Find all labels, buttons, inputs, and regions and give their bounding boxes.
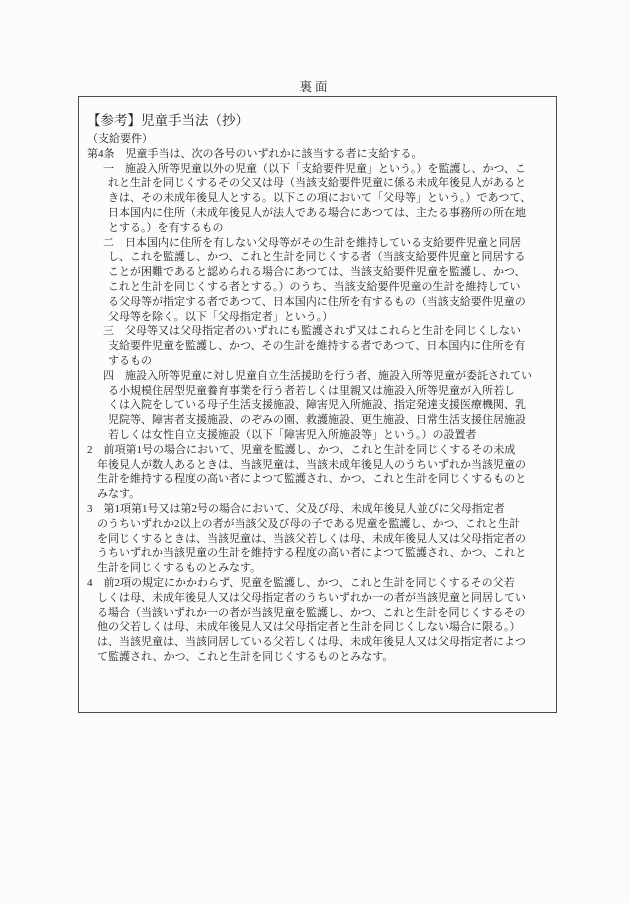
law-reference-box: 【参考】児童手当法（抄） （支給要件） 第4条 児童手当は、次の各号のいずれかに… (78, 96, 557, 713)
text-line: 支給要件児童を監護し、かつ、その生計を維持する者であつて、日本国内に住所を有 (108, 339, 548, 354)
text-line: る場合（当該いずれか一の者が当該児童を監護し、かつ、これと生計を同じくするその (97, 606, 548, 621)
text-line: 三 父母等又は父母指定者のいずれにも監護されず又はこれらと生計を同じくしない (103, 324, 548, 339)
text-line: を同じくするときは、当該児童は、当該父若しくは母、未成年後見人又は父母指定者の (97, 532, 548, 547)
text-line: くは入院をしている母子生活支援施設、障害児入所施設、指定発達支援医療機関、乳 (108, 398, 548, 413)
law-block-item-4: 四 施設入所等児童に対し児童自立生活援助を行う者、施設入所等児童が委託されている… (87, 369, 548, 443)
text-line: のうちいずれか2以上の者が当該父及び母の子である児童を監護し、かつ、これと生計 (97, 517, 548, 532)
text-line: みなす。 (97, 487, 548, 502)
text-line: 第4条 児童手当は、次の各号のいずれかに該当する者に支給する。 (87, 147, 548, 162)
text-line: れと生計を同じくするその父又は母（当該支給要件児童に係る未成年後見人があると (108, 176, 548, 191)
text-line: 生計を同じくするものとみなす。 (97, 561, 548, 576)
text-line: うちいずれか当該児童の生計を維持する程度の高い者によつて監護され、かつ、これと (97, 546, 548, 561)
law-block-clause-4: 4 前2項の規定にかかわらず、児童を監護し、かつ、これと生計を同じくするその父若… (87, 576, 548, 665)
document-title: 【参考】児童手当法（抄） (87, 112, 548, 130)
text-line: きは、その未成年後見人とする。以下この項において「父母等」という。）であつて、 (108, 191, 548, 206)
text-line: とする。）を有するもの (108, 221, 548, 236)
text-line: 4 前2項の規定にかかわらず、児童を監護し、かつ、これと生計を同じくするその父若 (87, 576, 548, 591)
text-line: これと生計を同じくする者とする。）のうち、当該支給要件児童の生計を維持してい (108, 280, 548, 295)
text-line: 父母等を除く。以下「父母指定者」という。） (108, 310, 548, 325)
law-block-item-3: 三 父母等又は父母指定者のいずれにも監護されず又はこれらと生計を同じくしない支給… (87, 324, 548, 368)
text-line: 若しくは女性自立支援施設（以下「障害児入所施設等」という。）の設置者 (108, 428, 548, 443)
text-line: 生計を維持する程度の高い者によつて監護され、かつ、これと生計を同じくするものと (97, 472, 548, 487)
text-line: するもの (108, 354, 548, 369)
law-block-article-4: 第4条 児童手当は、次の各号のいずれかに該当する者に支給する。 (87, 147, 548, 162)
text-line: しくは母、未成年後見人又は父母指定者のうちいずれか一の者が当該児童と同居してい (97, 591, 548, 606)
back-side-label: 裏面 (0, 77, 630, 95)
document-subtitle: （支給要件） (87, 132, 548, 147)
text-line: は、当該児童は、当該同居している父若しくは母、未成年後見人又は父母指定者によつ (97, 635, 548, 650)
text-line: て監護され、かつ、これと生計を同じくするものとみなす。 (97, 650, 548, 665)
text-line: 3 第1項第1号又は第2号の場合において、父及び母、未成年後見人並びに父母指定者 (87, 502, 548, 517)
law-block-clause-3: 3 第1項第1号又は第2号の場合において、父及び母、未成年後見人並びに父母指定者… (87, 502, 548, 576)
text-line: し、これを監護し、かつ、これと生計を同じくする者（当該支給要件児童と同居する (108, 250, 548, 265)
text-line: ことが困難であると認められる場合にあつては、当該支給要件児童を監護し、かつ、 (108, 265, 548, 280)
text-line: 2 前項第1号の場合において、児童を監護し、かつ、これと生計を同じくするその未成 (87, 443, 548, 458)
text-line: 他の父若しくは母、未成年後見人又は父母指定者と生計を同じくしない場合に限る。） (97, 620, 548, 635)
law-block-item-2: 二 日本国内に住所を有しない父母等がその生計を維持している支給要件児童と同居し、… (87, 236, 548, 325)
text-line: 日本国内に住所（未成年後見人が法人である場合にあつては、主たる事務所の所在地 (108, 206, 548, 221)
text-line: 年後見人が数人あるときは、当該児童は、当該未成年後見人のうちいずれか当該児童の (97, 458, 548, 473)
law-text: 第4条 児童手当は、次の各号のいずれかに該当する者に支給する。一 施設入所等児童… (87, 147, 548, 665)
text-line: 一 施設入所等児童以外の児童（以下「支給要件児童」という。）を監護し、かつ、こ (103, 162, 548, 177)
law-block-item-1: 一 施設入所等児童以外の児童（以下「支給要件児童」という。）を監護し、かつ、これ… (87, 162, 548, 236)
text-line: 二 日本国内に住所を有しない父母等がその生計を維持している支給要件児童と同居 (103, 236, 548, 251)
text-line: 四 施設入所等児童に対し児童自立生活援助を行う者、施設入所等児童が委託されてい (103, 369, 548, 384)
text-line: る小規模住居型児童養育事業を行う者若しくは里親又は施設入所等児童が入所若し (108, 384, 548, 399)
law-block-clause-2: 2 前項第1号の場合において、児童を監護し、かつ、これと生計を同じくするその未成… (87, 443, 548, 502)
text-line: る父母等が指定する者であつて、日本国内に住所を有するもの（当該支給要件児童の (108, 295, 548, 310)
text-line: 児院等、障害者支援施設、のぞみの園、救護施設、更生施設、日常生活支援住居施設 (108, 413, 548, 428)
